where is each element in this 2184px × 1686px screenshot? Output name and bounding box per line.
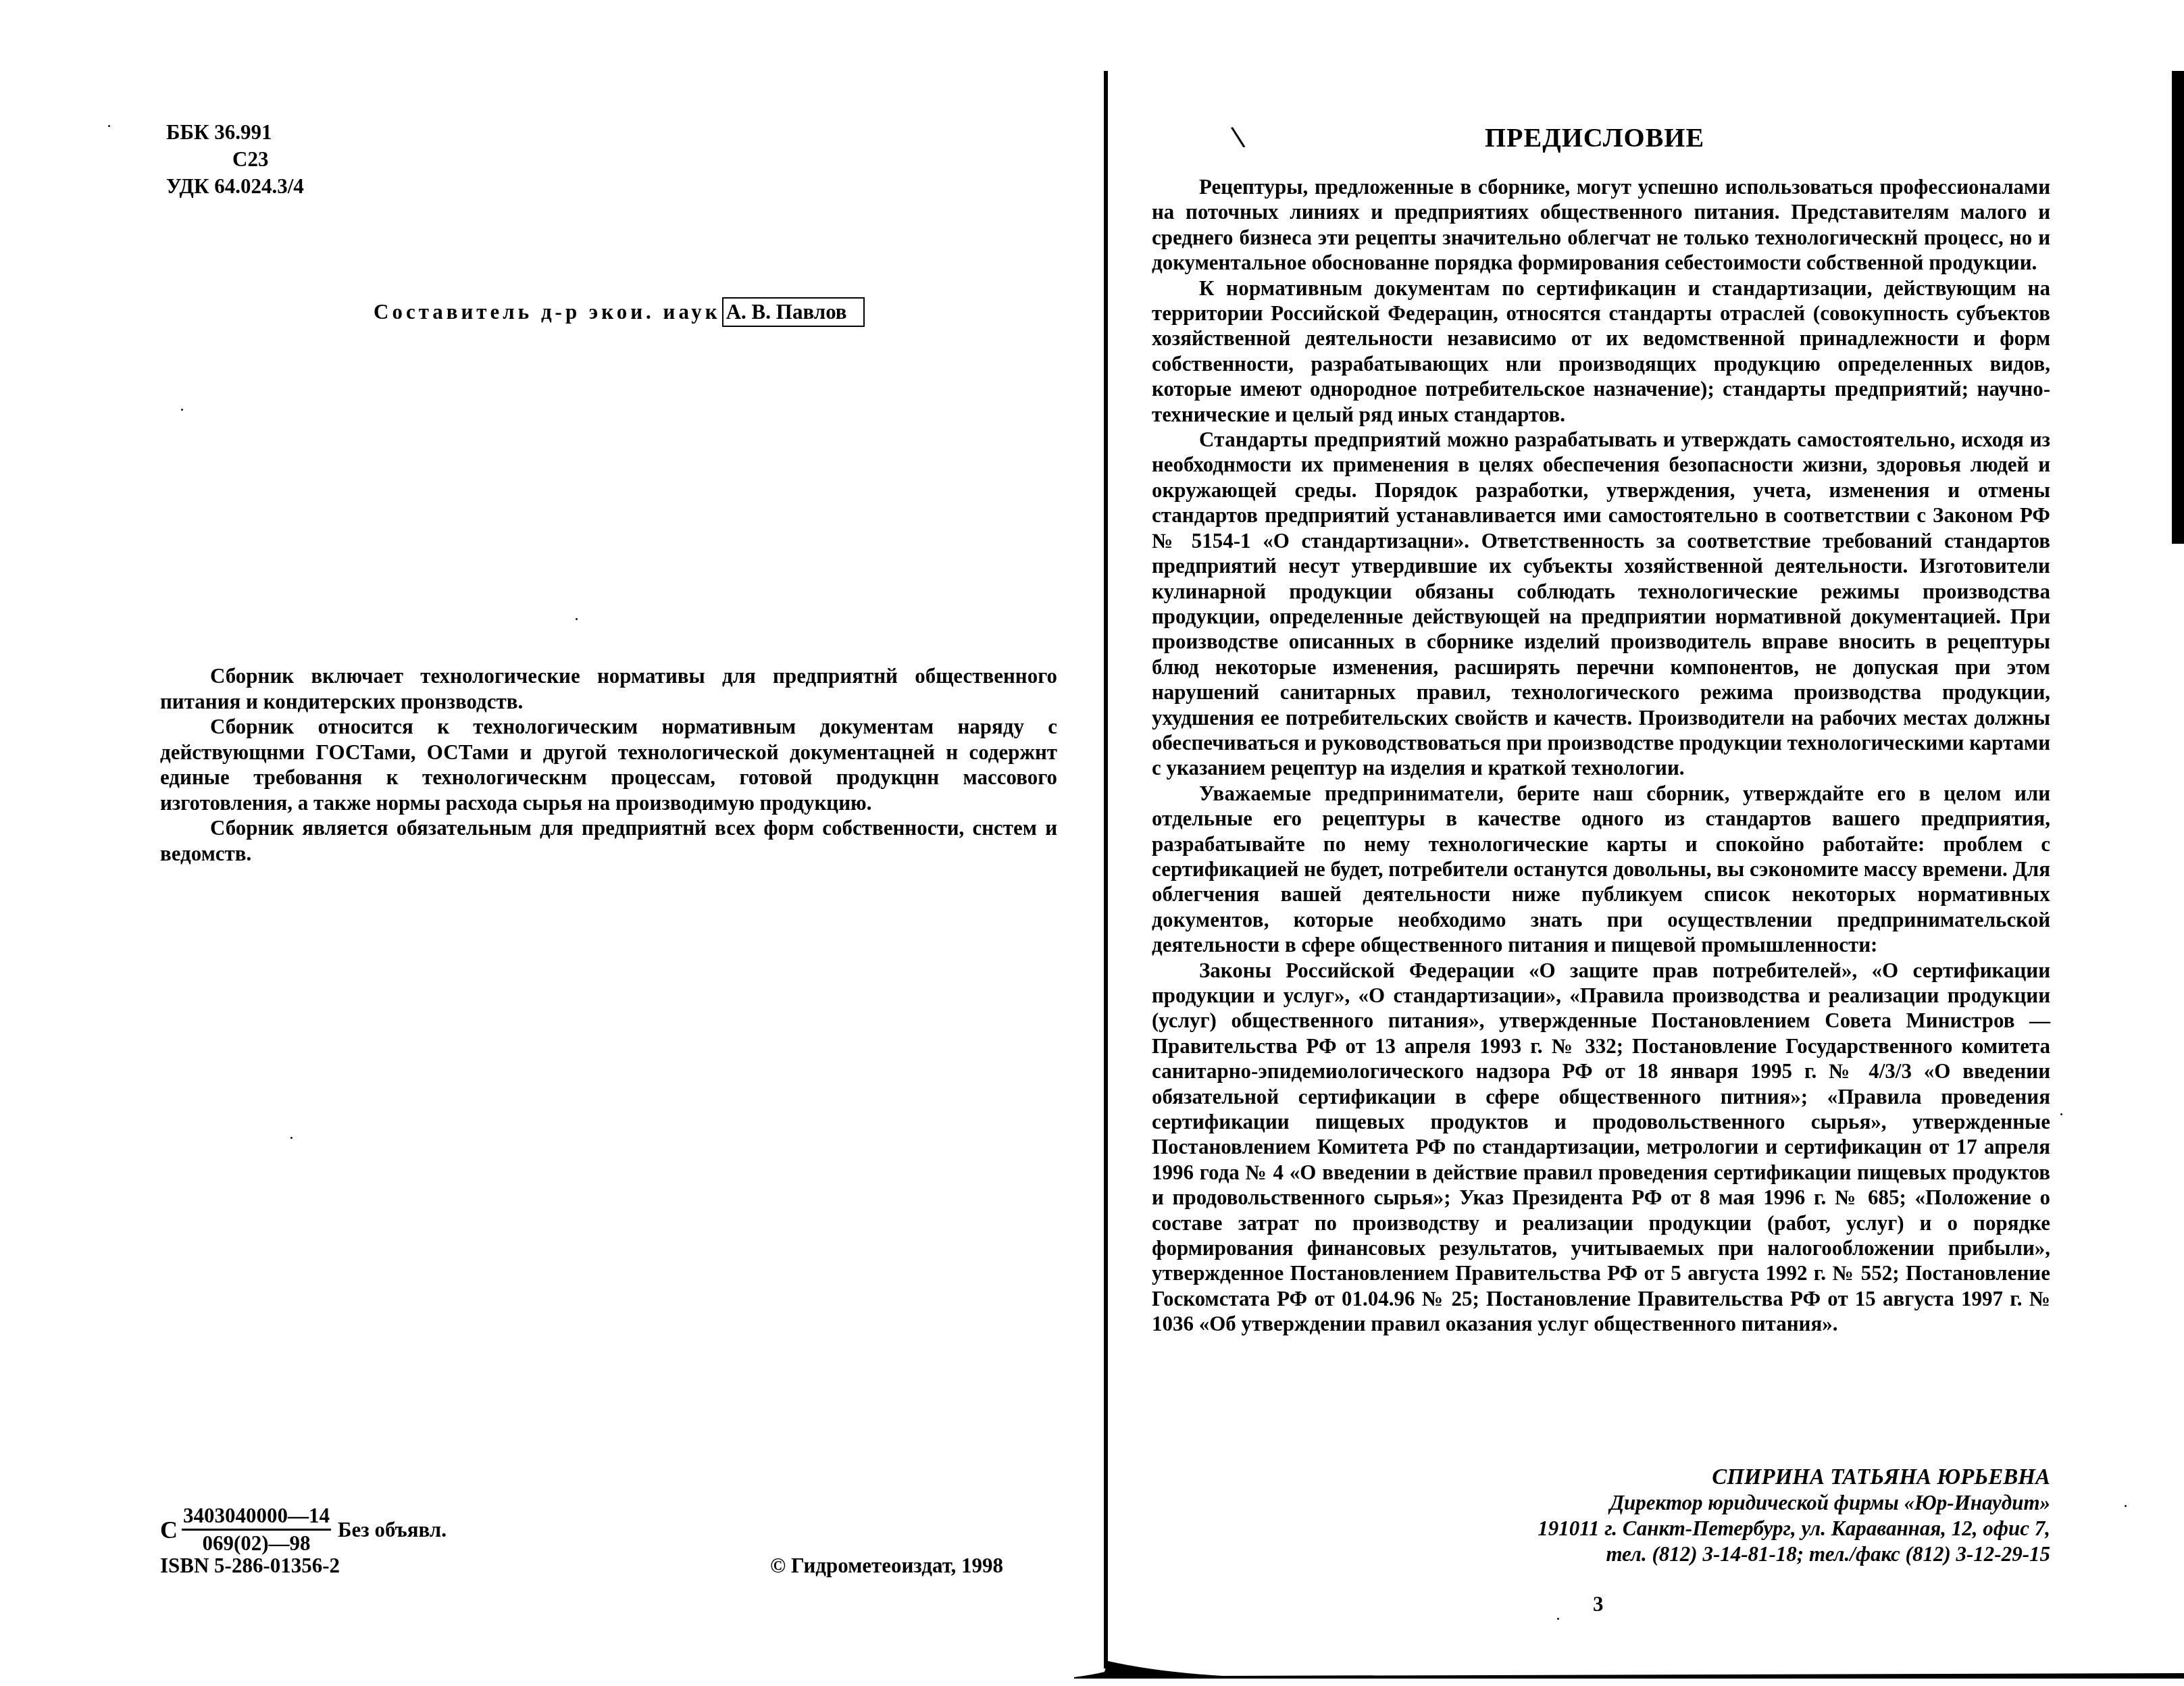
signature-block: СПИРИНА ТАТЬЯНА ЮРЬЕВНА Директор юридиче… (1152, 1464, 2050, 1567)
publication-code: С 3403040000—14 069(02)—98 Без объявл. (160, 1503, 447, 1556)
preface-paragraph: Законы Российской Федерации «О защите пр… (1152, 958, 2050, 1337)
compiler-line: Составитель д-р экои. иаукА. В. Павлов (374, 297, 865, 327)
scan-speck (1557, 1618, 1559, 1620)
scan-speck (108, 125, 110, 127)
bbk-code: ББК 36.991 (166, 119, 304, 146)
annotation: Сборник включает технологические нормати… (160, 663, 1057, 866)
isbn: ISBN 5-286-01356-2 (160, 1554, 340, 1578)
signatory-position: Директор юридической фирмы «Юр-Инаудит» (1152, 1490, 2050, 1516)
scan-speck (2060, 1113, 2062, 1115)
emphasis: К нормативным документам по сертификацин… (1199, 276, 1867, 300)
page-curl-shadow (1074, 1658, 2184, 1679)
page-title: ПРЕДИСЛОВИЕ (1485, 122, 1704, 153)
preface-paragraph: Уважаемые предприниматели, берите наш сб… (1152, 781, 2050, 958)
emphasis: стандарты предприятий (1723, 377, 1962, 401)
annotation-paragraph: Сборник относится к технологическим норм… (160, 714, 1057, 815)
compiler-name: А. В. Павлов (722, 297, 865, 327)
author-mark: С23 (166, 146, 304, 173)
preface-paragraph: К нормативным документам по сертификацин… (1152, 276, 2050, 427)
compiler-label: Составитель д-р экои. иаук (374, 300, 721, 324)
scan-speck (2125, 1505, 2127, 1507)
signatory-name: СПИРИНА ТАТЬЯНА ЮРЬЕВНА (1152, 1464, 2050, 1490)
scan-speck (181, 409, 183, 411)
code-denominator: 069(02)—98 (202, 1531, 310, 1556)
preface-paragraph: Рецептуры, предложенные в сборнике, могу… (1152, 174, 2050, 276)
preface-body: Рецептуры, предложенные в сборнике, могу… (1152, 174, 2050, 1337)
code-numerator: 3403040000—14 (182, 1503, 331, 1531)
page-gutter-line (1104, 71, 1108, 1668)
scan-edge-strip (2172, 71, 2184, 544)
copyright: © Гидрометеоиздат, 1998 (770, 1554, 1003, 1578)
emphasis: стандарты (1608, 301, 1712, 325)
stray-mark: \ (1229, 121, 1246, 153)
udk-code: УДК 64.024.3/4 (166, 173, 304, 200)
no-advertisement-note: Без объявл. (338, 1518, 447, 1542)
scan-speck (576, 618, 578, 620)
emphasis: Стандарты предприятий (1199, 428, 1441, 451)
annotation-paragraph: Сборник является обязательным для предпр… (160, 815, 1057, 866)
page-number: 3 (1593, 1592, 1604, 1616)
classification-block: ББК 36.991 С23 УДК 64.024.3/4 (166, 119, 304, 200)
emphasis: Уважаемые предприниматели (1199, 782, 1498, 805)
signatory-address: 191011 г. Санкт-Петербург, ул. Караванна… (1152, 1516, 2050, 1541)
preface-paragraph: Стандарты предприятий можно разрабатыват… (1152, 427, 2050, 781)
signatory-phones: тел. (812) 3-14-81-18; тел./факс (812) 3… (1152, 1541, 2050, 1567)
code-prefix: С (160, 1516, 178, 1544)
scan-speck (290, 1137, 293, 1139)
emphasis: самостоятельно (1797, 428, 1950, 451)
annotation-paragraph: Сборник включает технологические нормати… (160, 663, 1057, 714)
